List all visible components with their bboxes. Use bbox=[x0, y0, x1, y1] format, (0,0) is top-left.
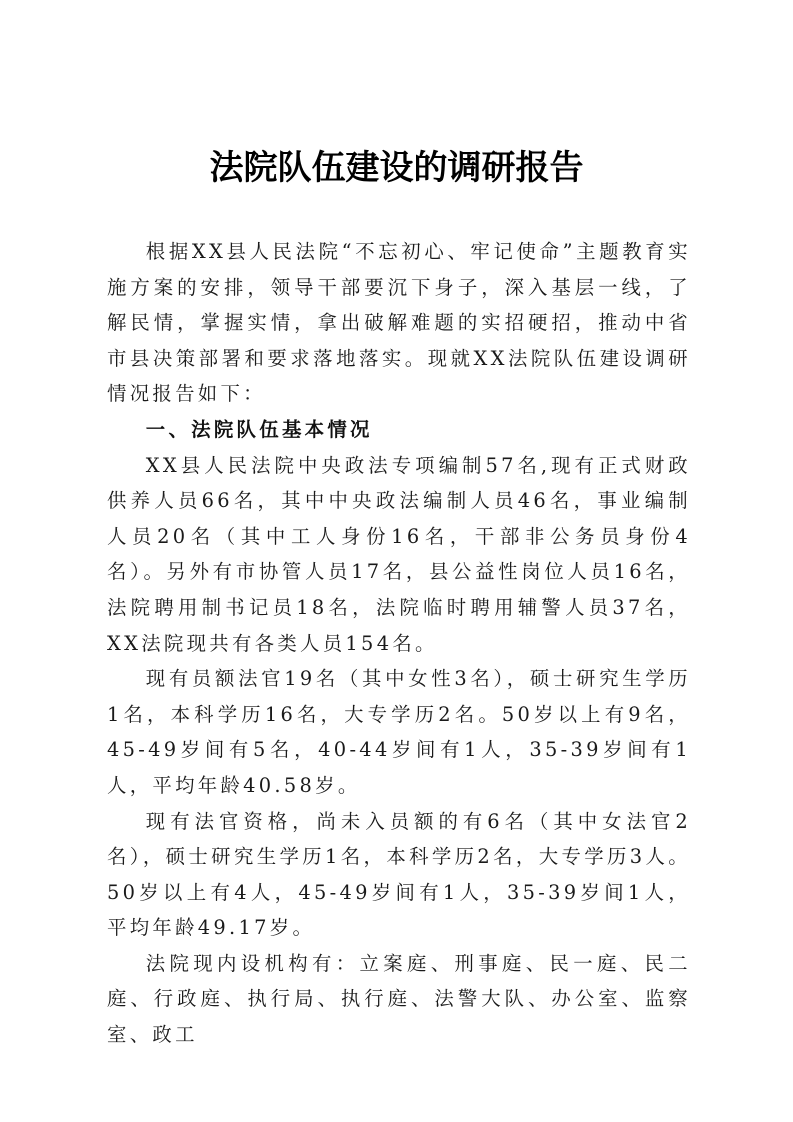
paragraph-staffing: XX县人民法院中央政法专项编制57名,现有正式财政供养人员66名，其中中央政法编… bbox=[107, 448, 691, 662]
paragraph-qualified-judges: 现有法官资格，尚未入员额的有6名（其中女法官2名），硕士研究生学历1名，本科学历… bbox=[107, 804, 691, 946]
paragraph-departments: 法院现内设机构有：立案庭、刑事庭、民一庭、民二庭、行政庭、执行局、执行庭、法警大… bbox=[107, 946, 691, 1053]
document-page: 法院队伍建设的调研报告 根据XX县人民法院“不忘初心、牢记使命”主题教育实施方案… bbox=[0, 0, 793, 1122]
intro-paragraph: 根据XX县人民法院“不忘初心、牢记使命”主题教育实施方案的安排，领导干部要沉下身… bbox=[107, 234, 691, 412]
document-body: 根据XX县人民法院“不忘初心、牢记使命”主题教育实施方案的安排，领导干部要沉下身… bbox=[107, 234, 691, 1053]
section-heading: 一、法院队伍基本情况 bbox=[107, 412, 691, 448]
paragraph-judges: 现有员额法官19名（其中女性3名），硕士研究生学历1名，本科学历16名，大专学历… bbox=[107, 661, 691, 803]
document-title: 法院队伍建设的调研报告 bbox=[0, 146, 793, 190]
